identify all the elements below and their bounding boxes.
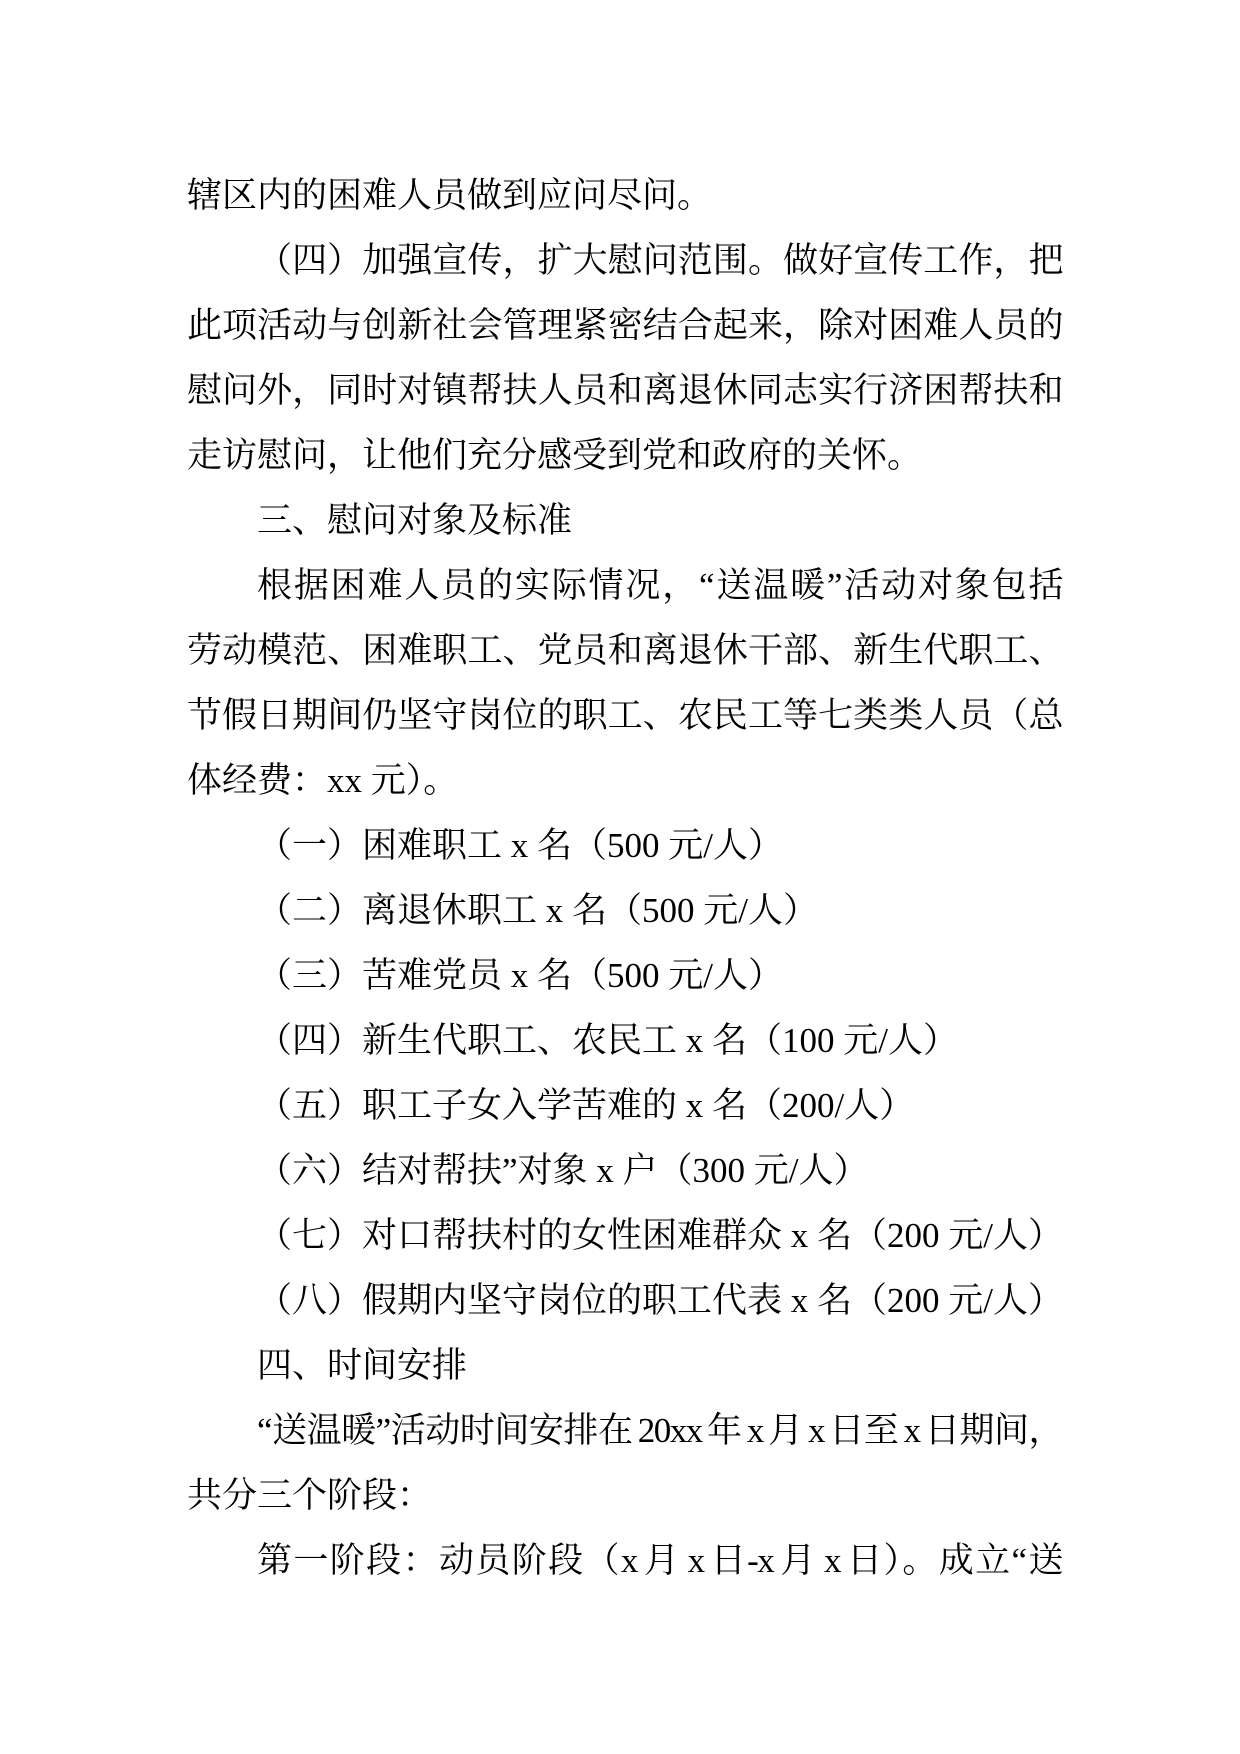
section-heading-3: 三、慰问对象及标准 — [187, 488, 1062, 553]
paragraph-line: 慰问外，同时对镇帮扶人员和离退休同志实行济困帮扶和 — [187, 358, 1062, 423]
paragraph-line: （四）加强宣传，扩大慰问范围。做好宣传工作，把 — [187, 228, 1062, 293]
paragraph-line: 节假日期间仍坚守岗位的职工、农民工等七类类人员（总 — [187, 683, 1062, 748]
paragraph-line: 此项活动与创新社会管理紧密结合起来，除对困难人员的 — [187, 293, 1062, 358]
list-item-1: （一）困难职工 x 名（500 元/人） — [187, 813, 1062, 878]
list-item-6: （六）结对帮扶”对象 x 户（300 元/人） — [187, 1138, 1062, 1203]
paragraph-line: “送温暖”活动时间安排在 20xx 年 x 月 x 日至 x 日期间， — [187, 1398, 1062, 1463]
list-item-4: （四）新生代职工、农民工 x 名（100 元/人） — [187, 1008, 1062, 1073]
paragraph-continuation-line: 辖区内的困难人员做到应问尽问。 — [187, 163, 1062, 228]
paragraph-line: 根据困难人员的实际情况，“送温暖”活动对象包括 — [187, 553, 1062, 618]
list-item-7: （七）对口帮扶村的女性困难群众 x 名（200 元/人） — [187, 1203, 1062, 1268]
page-content: 辖区内的困难人员做到应问尽问。 （四）加强宣传，扩大慰问范围。做好宣传工作，把 … — [187, 163, 1062, 1593]
list-item-5: （五）职工子女入学苦难的 x 名（200/人） — [187, 1073, 1062, 1138]
paragraph-last-line: 共分三个阶段： — [187, 1463, 1062, 1528]
list-item-2: （二）离退休职工 x 名（500 元/人） — [187, 878, 1062, 943]
paragraph-last-line: 体经费：xx 元）。 — [187, 748, 1062, 813]
section-heading-4: 四、时间安排 — [187, 1333, 1062, 1398]
paragraph-line: 第一阶段：动员阶段（x 月 x 日-x 月 x 日）。成立“送 — [187, 1528, 1062, 1593]
list-item-3: （三）苦难党员 x 名（500 元/人） — [187, 943, 1062, 1008]
paragraph-line: 劳动模范、困难职工、党员和离退休干部、新生代职工、 — [187, 618, 1062, 683]
paragraph-last-line: 走访慰问，让他们充分感受到党和政府的关怀。 — [187, 423, 1062, 488]
document-page: 辖区内的困难人员做到应问尽问。 （四）加强宣传，扩大慰问范围。做好宣传工作，把 … — [0, 0, 1240, 1754]
list-item-8: （八）假期内坚守岗位的职工代表 x 名（200 元/人） — [187, 1268, 1062, 1333]
